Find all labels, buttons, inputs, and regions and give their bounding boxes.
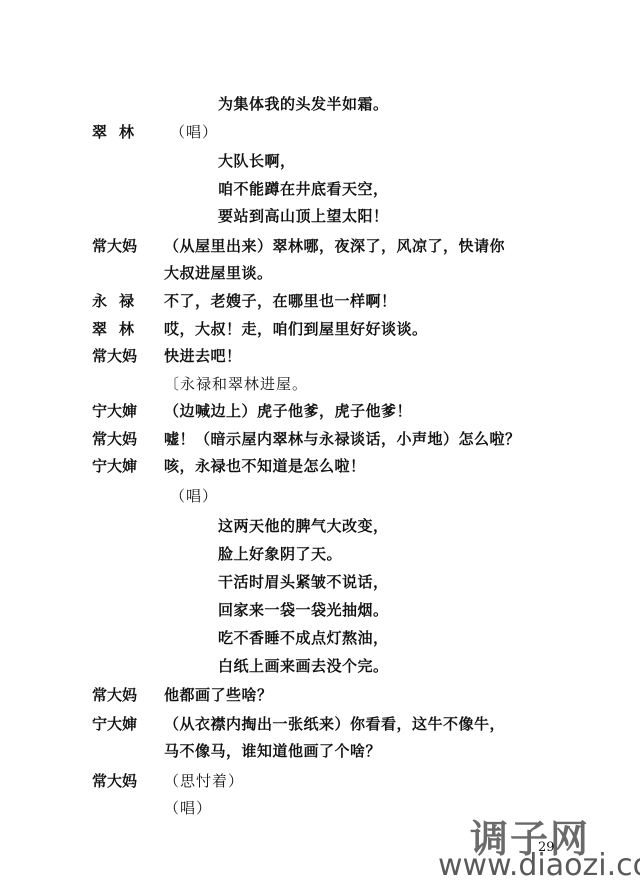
speaker-name: 常大妈 — [92, 237, 137, 255]
stage-direction: 〔永禄和翠林进屋。 — [164, 375, 308, 393]
speaker-name: 常大妈 — [92, 430, 137, 448]
speaker-name: 永禄 — [92, 292, 146, 310]
verse-line: 咱不能蹲在井底看天空， — [218, 180, 389, 198]
stage-direction: （唱） — [170, 123, 218, 141]
verse-line: 要站到高山顶上望太阳！ — [218, 207, 389, 225]
dialog-line: （边喊边上）虎子他爹，虎子他爹！ — [164, 402, 412, 420]
speaker-name: 常大妈 — [92, 772, 137, 790]
speaker-name: 常大妈 — [92, 686, 137, 704]
dialog-line: 不了，老嫂子，在哪里也一样啊！ — [164, 292, 397, 310]
verse-line: 白纸上画来画去没个完。 — [218, 657, 389, 675]
dialog-line: （从屋里出来）翠林哪，夜深了，风凉了，快请你 — [164, 237, 505, 255]
dialog-line: 他都画了些啥？ — [164, 686, 273, 704]
dialog-line: 马不像马，谁知道他画了个啥？ — [164, 742, 381, 760]
watermark-url: www.diaozi.com — [438, 848, 640, 883]
verse-line: 回家来一袋一袋光抽烟。 — [218, 601, 389, 619]
dialog-line: 快进去吧！ — [164, 347, 242, 365]
speaker-name: 翠林 — [92, 320, 146, 338]
verse-line: 为集体我的头发半如霜。 — [218, 95, 389, 113]
verse-line: 吃不香睡不成点灯熬油， — [218, 629, 389, 647]
dialog-line: 大叔进屋里谈。 — [164, 264, 273, 282]
stage-direction: （思忖着） — [164, 772, 244, 790]
verse-line: 这两天他的脾气大改变， — [218, 517, 389, 535]
speaker-name: 宁大婶 — [92, 715, 137, 733]
speaker-name: 宁大婶 — [92, 402, 137, 420]
speaker-name: 宁大婶 — [92, 457, 137, 475]
speaker-name: 常大妈 — [92, 347, 137, 365]
dialog-line: 咳，永禄也不知道是怎么啦！ — [164, 457, 366, 475]
stage-direction: （唱） — [164, 799, 212, 817]
dialog-line: （从衣襟内掏出一张纸来）你看看，这牛不像牛， — [164, 715, 505, 733]
dialog-line: 嘘！（暗示屋内翠林与永禄谈话，小声地）怎么啦？ — [164, 430, 521, 448]
stage-direction: （唱） — [170, 487, 218, 505]
verse-line: 脸上好象阴了天。 — [218, 545, 342, 563]
dialog-line: 哎，大叔！走，咱们到屋里好好谈谈。 — [164, 320, 428, 338]
speaker-name: 翠林 — [92, 123, 146, 141]
verse-line: 干活时眉头紧皱不说话， — [218, 573, 389, 591]
verse-line: 大队长啊， — [218, 152, 296, 170]
